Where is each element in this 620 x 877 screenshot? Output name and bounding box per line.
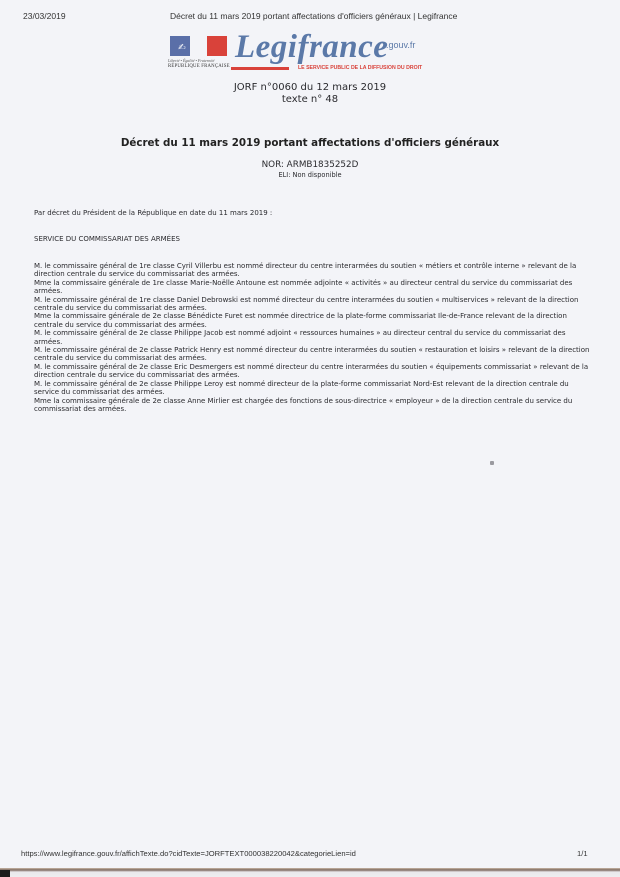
document-title: Décret du 11 mars 2019 portant affectati… [0,137,620,149]
appointment-paragraph: M. le commissaire général de 2e classe P… [34,329,594,346]
scan-edge [0,868,620,877]
appointment-paragraph: Mme la commissaire générale de 1re class… [34,279,594,296]
appointment-paragraph: M. le commissaire général de 2e classe E… [34,363,594,380]
footer-url: https://www.legifrance.gouv.fr/affichTex… [21,849,356,858]
scan-speck [490,461,494,465]
nor-reference: NOR: ARMB1835252D [0,160,620,170]
brand-tagline: LE SERVICE PUBLIC DE LA DIFFUSION DU DRO… [298,65,422,71]
decree-intro: Par décret du Président de la République… [34,209,272,217]
marianne-flag-icon: ✍ [170,36,228,56]
legifrance-logo: ✍ Liberté • Égalité • Fraternité RÉPUBLI… [168,33,468,77]
brand-name: Legifrance [235,29,388,66]
journal-reference: JORF n°0060 du 12 mars 2019 texte n° 48 [0,82,620,106]
scan-corner [0,870,10,877]
section-heading: SERVICE DU COMMISSARIAT DES ARMÉES [34,235,180,243]
appointment-paragraph: M. le commissaire général de 2e classe P… [34,346,594,363]
decree-body: M. le commissaire général de 1re classe … [34,262,594,413]
republic-motto: Liberté • Égalité • Fraternité [168,58,214,63]
jorf-number: JORF n°0060 du 12 mars 2019 [0,82,620,94]
appointment-paragraph: M. le commissaire général de 2e classe P… [34,380,594,397]
print-date: 23/03/2019 [23,11,66,21]
brand-underline [231,67,289,70]
scanned-page: 23/03/2019 Décret du 11 mars 2019 portan… [0,0,620,868]
footer-page-number: 1/1 [577,849,588,858]
appointment-paragraph: Mme la commissaire générale de 2e classe… [34,312,594,329]
appointment-paragraph: Mme la commissaire générale de 2e classe… [34,397,594,414]
appointment-paragraph: M. le commissaire général de 1re classe … [34,262,594,279]
republique-label: RÉPUBLIQUE FRANÇAISE [168,64,230,69]
print-page-title: Décret du 11 mars 2019 portant affectati… [170,11,550,21]
appointment-paragraph: M. le commissaire général de 1re classe … [34,296,594,313]
texte-number: texte n° 48 [0,94,620,106]
eli-reference: ELI: Non disponible [0,171,620,179]
brand-domain: .gouv.fr [386,40,415,50]
